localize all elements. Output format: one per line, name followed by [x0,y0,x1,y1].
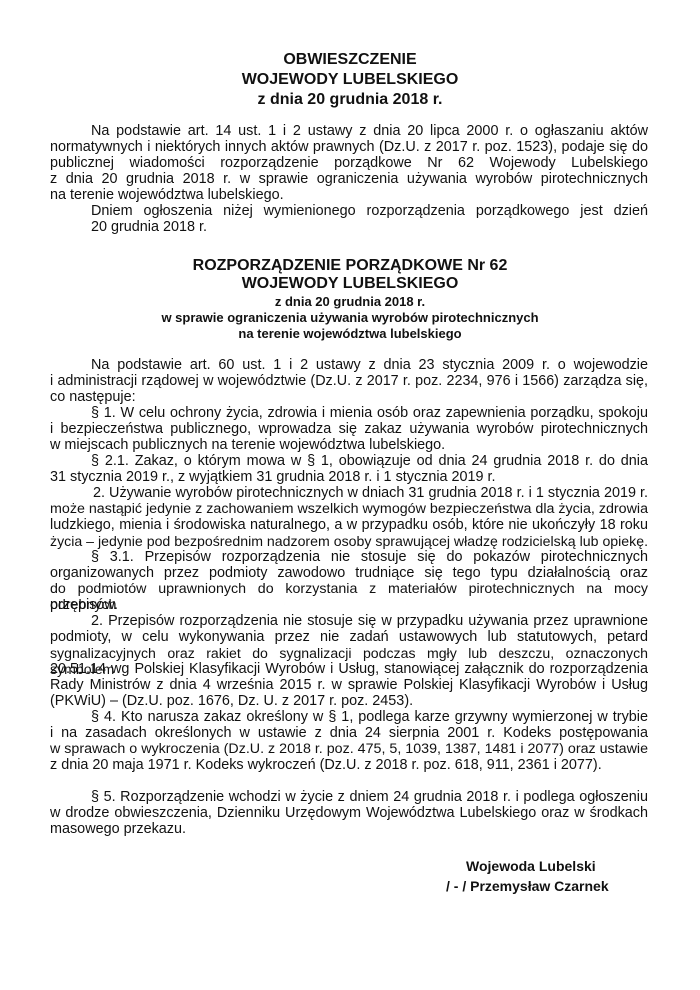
regulation-title: ROZPORZĄDZENIE PORZĄDKOWE Nr 62 WOJEWODY… [0,257,700,293]
text-line: 2. Przepisów rozporządzenia nie stosuje … [50,613,648,629]
text-line: § 2.1. Zakaz, o którym mowa w § 1, obowi… [50,453,648,469]
text-line: § 1. W celu ochrony życia, zdrowia i mie… [50,405,648,421]
notice-title-line: OBWIESZCZENIE [0,50,700,70]
text-line: do podmiotów uprawnionych do korzystania… [50,581,648,597]
text-line: 20.51.14 wg Polskiej Klasyfikacji Wyrobó… [50,661,648,677]
regulation-subject: na terenie województwa lubelskiego [0,326,700,342]
notice-title-line: WOJEWODY LUBELSKIEGO [0,70,700,90]
text-line: Rady Ministrów z dnia 4 września 2015 r.… [50,677,648,693]
text-line: Na podstawie art. 14 ust. 1 i 2 ustawy z… [50,123,648,139]
regulation-subject: w sprawie ograniczenia używania wyrobów … [0,310,700,326]
text-line: 31 stycznia 2019 r., z wyjątkiem 31 grud… [50,469,648,485]
text-line: i bezpieczeństwa publicznego, wprowadza … [50,421,648,437]
text-line: w sprawach o wykroczenia (Dz.U. z 2018 r… [50,741,648,757]
text-line: § 5. Rozporządzenie wchodzi w życie z dn… [50,789,648,805]
regulation-title-line: ROZPORZĄDZENIE PORZĄDKOWE Nr 62 [0,257,700,275]
signature-role: Wojewoda Lubelski [466,856,596,876]
notice-date: z dnia 20 grudnia 2018 r. [0,90,700,110]
text-line: Dniem ogłoszenia niżej wymienionego rozp… [50,203,648,219]
notice-title: OBWIESZCZENIE WOJEWODY LUBELSKIEGO z dni… [0,50,700,110]
text-line: 20 grudnia 2018 r. [50,219,648,235]
text-line: w drodze obwieszczenia, Dzienniku Urzędo… [50,805,648,821]
regulation-title-line: WOJEWODY LUBELSKIEGO [0,275,700,293]
text-line: z dnia 20 maja 1971 r. Kodeks wykroczeń … [50,757,648,773]
text-line: publicznej wiadomości rozporządzenie por… [50,155,648,171]
text-line: normatywnych i niektórych innych aktów p… [50,139,648,155]
text-line: masowego przekazu. [50,821,648,837]
text-line: § 4. Kto narusza zakaz określony w § 1, … [50,709,648,725]
regulation-body: Na podstawie art. 60 ust. 1 i 2 ustawy z… [50,357,648,837]
text-line: z dnia 20 grudnia 2018 r. w sprawie ogra… [50,171,648,187]
text-line: podmioty, w celu wykonywania przez nie z… [50,629,648,645]
text-line: 2. Używanie wyrobów pirotechnicznych w d… [50,485,648,501]
text-line: ludzkiego, mienia i środowiska naturalne… [50,517,648,533]
regulation-subtitle: z dnia 20 grudnia 2018 r. w sprawie ogra… [0,294,700,342]
signature-name: / - / Przemysław Czarnek [446,876,609,896]
text-line: na terenie województwa lubelskiego. [50,187,648,203]
text-line: organizowanych przez podmioty zawodowo t… [50,565,648,581]
spacer [50,773,648,789]
text-line: życia – jedynie pod bezpośrednim nadzore… [50,533,648,549]
text-line: co następuje: [50,389,648,405]
regulation-date: z dnia 20 grudnia 2018 r. [0,294,700,310]
text-line: w miejscach publicznych na terenie wojew… [50,437,648,453]
text-line: (PKWiU) – (Dz.U. poz. 1676, Dz. U. z 201… [50,693,648,709]
text-line: Na podstawie art. 60 ust. 1 i 2 ustawy z… [50,357,648,373]
document-page: OBWIESZCZENIE WOJEWODY LUBELSKIEGO z dni… [0,0,700,990]
text-line: sygnalizacyjnych oraz rakiet do sygnaliz… [50,645,648,661]
text-line: może nastąpić jedynie z zachowaniem wsze… [50,501,648,517]
notice-paragraph: Na podstawie art. 14 ust. 1 i 2 ustawy z… [50,123,648,235]
text-line: i administracji rządowej w województwie … [50,373,648,389]
text-line: przepisów. [50,597,648,613]
text-line: i na zasadach określonych w ustawie z dn… [50,725,648,741]
text-line: § 3.1. Przepisów rozporządzenia nie stos… [50,549,648,565]
